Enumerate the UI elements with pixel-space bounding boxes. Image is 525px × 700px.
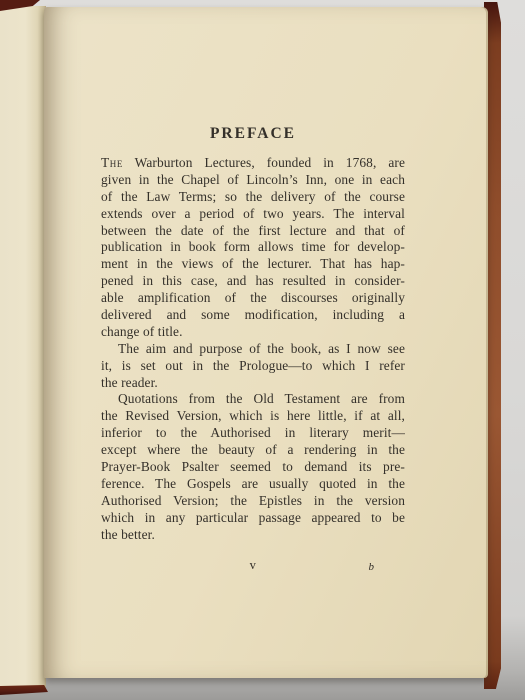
text-line: able amplification of the discourses ori… (101, 290, 405, 307)
text-line: of the Law Terms; so the delivery of the… (101, 189, 405, 206)
text-line: inferior to the Authorised in literary m… (101, 425, 405, 442)
text-line: extends over a period of two years. The … (101, 206, 405, 223)
facing-page-edge (0, 6, 46, 687)
text-line: the reader. (101, 375, 405, 392)
text-line: except where the beauty of a rendering i… (101, 442, 405, 459)
text-line: it, is set out in the Prologue—to which … (101, 358, 405, 375)
book-page: PREFACE The Warburton Lectures, founded … (44, 7, 488, 678)
preface-text: The Warburton Lectures, founded in 1768,… (101, 155, 405, 543)
text-line: Authorised Version; the Epistles in the … (101, 493, 405, 510)
text-line: The aim and purpose of the book, as I no… (101, 341, 405, 358)
page-footer: v b (101, 558, 405, 578)
text-line: ference. The Gospels are usually quoted … (101, 476, 405, 493)
text-line: publication in book form allows time for… (101, 239, 405, 256)
text-line: ment in the views of the lecturer. That … (101, 256, 405, 273)
text-line: The Warburton Lectures, founded in 1768,… (101, 155, 405, 172)
text-line: delivered and some modification, includi… (101, 307, 405, 324)
text-line: the better. (101, 527, 405, 544)
book-cover-corner-bottom-left (0, 685, 48, 695)
smallcaps-lead-word: The (101, 155, 123, 170)
text-line: between the date of the first lecture an… (101, 223, 405, 240)
text-line: given in the Chapel of Lincoln’s Inn, on… (101, 172, 405, 189)
text-line: Quotations from the Old Testament are fr… (101, 391, 405, 408)
page-title: PREFACE (101, 125, 405, 143)
text-line: the Revised Version, which is here littl… (101, 408, 405, 425)
photo-background: PREFACE The Warburton Lectures, founded … (0, 0, 525, 700)
text-line: pened in this case, and has resulted in … (101, 273, 405, 290)
page-number: v (101, 558, 405, 573)
text-line: which in any particular passage appeared… (101, 510, 405, 527)
text-line: change of title. (101, 324, 405, 341)
signature-mark: b (369, 561, 375, 573)
text-line: Prayer-Book Psalter seemed to demand its… (101, 459, 405, 476)
